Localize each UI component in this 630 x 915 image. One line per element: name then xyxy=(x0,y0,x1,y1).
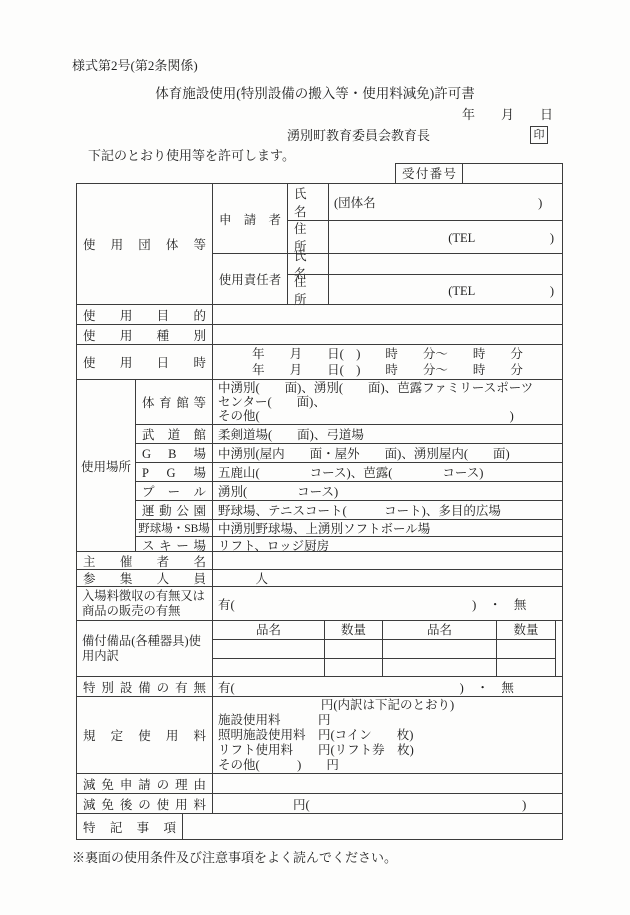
manager-addr-value: (TEL ) xyxy=(329,275,562,305)
equipment-empty-row xyxy=(213,658,555,676)
datetime-label-cell: 使用日時 xyxy=(77,345,213,379)
applicant-label-cell: 申請者 xyxy=(213,184,288,253)
attendees-value: 人 xyxy=(213,570,562,586)
datetime-row: 使用日時 年 月 日( ) 時 分～ 時 分 年 月 日( ) 時 分～ 時 分 xyxy=(77,344,562,379)
exemption-reason-row: 減免申請の理由 xyxy=(77,773,562,793)
fees-line3: リフト使用料 円(リフト券 枚) xyxy=(218,743,557,758)
fees-label-cell: 規定使用料 xyxy=(77,697,213,773)
ski-label-cell: スキー場 xyxy=(136,537,213,552)
gym-line1: 中湧別( 面)、湧別( 面)、芭露ファミリースポーツ xyxy=(218,381,557,395)
fees-line4: その他( ) 円 xyxy=(218,758,557,773)
equipment-empty-row xyxy=(213,640,555,658)
notes-label: 特記事項 xyxy=(77,818,182,836)
fees-line2: 照明施設使用料 円(コイン 枚) xyxy=(218,728,557,743)
document-title: 体育施設使用(特別設備の搬入等・使用料減免)許可書 xyxy=(0,82,630,102)
reception-number-label-cell: 受付番号 xyxy=(396,164,463,183)
ski-value: リフト、ロッジ厨房 xyxy=(213,537,562,552)
equipment-table: 品名 数量 品名 数量 xyxy=(213,621,556,677)
purpose-label-cell: 使用目的 xyxy=(77,305,213,324)
attendees-row: 参集人員 人 xyxy=(77,569,562,586)
notes-value xyxy=(183,814,562,839)
form-number: 様式第2号(第2条関係) xyxy=(72,57,198,74)
name-label: 氏 名 xyxy=(288,184,328,220)
gateball-value: 中湧別(屋内 面・屋外 面)、湧別屋内( 面) xyxy=(213,444,562,462)
notes-label-cell: 特記事項 xyxy=(77,814,183,839)
equipment-col3-header: 品名 xyxy=(383,621,497,640)
park-label: 運動公園 xyxy=(136,501,212,519)
places-section: 使用場所 体育館等 中湧別( 面)、湧別( 面)、芭露ファミリースポーツ センタ… xyxy=(77,379,562,551)
pool-label-cell: プール xyxy=(136,482,213,500)
datetime-line2: 年 月 日( ) 時 分～ 時 分 xyxy=(252,362,523,378)
equipment-col4-header: 数量 xyxy=(497,621,555,640)
gateball-label: G B 場 xyxy=(136,444,212,462)
equipment-col1-header: 品名 xyxy=(213,621,325,640)
admission-label-line2: 商品の販売の有無 xyxy=(82,604,207,619)
organizer-value xyxy=(213,552,562,569)
gym-line3: その他( ) xyxy=(218,409,557,423)
special-label-cell: 特別設備の有無 xyxy=(77,677,213,696)
permit-form-page: 様式第2号(第2条関係) 体育施設使用(特別設備の搬入等・使用料減免)許可書 年… xyxy=(0,0,630,915)
budokan-value: 柔剣道場( 面)、弓道場 xyxy=(213,425,562,443)
reception-number-box: 受付番号 xyxy=(395,163,563,184)
fees-total-line: 円(内訳は下記のとおり) xyxy=(218,698,557,713)
purpose-label: 使用目的 xyxy=(77,306,212,324)
admission-value: 有( ) ・ 無 xyxy=(213,587,562,620)
seal-stamp-box: 印 xyxy=(530,126,548,144)
permit-table: 使用団体等 申請者 氏 名 (団体名 ) xyxy=(76,183,563,840)
baseball-label: 野球場・SB場 xyxy=(136,520,212,536)
manager-addr-label-cell: 住 所 xyxy=(288,275,329,305)
exemption-value xyxy=(213,774,562,793)
parkgolf-label: P G 場 xyxy=(136,463,212,481)
user-group-label-cell: 使用団体等 xyxy=(77,184,213,304)
attendees-label-cell: 参集人員 xyxy=(77,570,213,586)
datetime-label: 使用日時 xyxy=(77,353,212,371)
admission-label-cell: 入場料徴収の有無又は 商品の販売の有無 xyxy=(77,587,213,620)
purpose-row: 使用目的 xyxy=(77,304,562,324)
purpose-value xyxy=(213,305,562,324)
baseball-label-cell: 野球場・SB場 xyxy=(136,520,213,536)
category-label-cell: 使用種別 xyxy=(77,325,213,344)
authority-name: 湧別町教育委員会教育長 xyxy=(287,127,430,144)
applicant-addr-value: (TEL ) xyxy=(329,221,562,253)
reception-number-value xyxy=(463,164,562,183)
gateball-label-cell: G B 場 xyxy=(136,444,213,462)
fees-label: 規定使用料 xyxy=(77,726,212,744)
equipment-label: 備付備品(各種器具)使用内訳 xyxy=(82,634,207,664)
manager-name-value xyxy=(329,254,562,274)
exempted-label: 減免後の使用料 xyxy=(77,795,212,813)
parkgolf-label-cell: P G 場 xyxy=(136,463,213,481)
places-label-cell: 使用場所 xyxy=(77,380,136,551)
date-line: 年 月 日 xyxy=(0,106,553,123)
fees-row: 規定使用料 円(内訳は下記のとおり) 施設使用料 円 照明施設使用料 円(コイン… xyxy=(77,696,562,773)
equipment-header-row: 品名 数量 品名 数量 xyxy=(213,621,555,640)
budokan-label: 武道館 xyxy=(136,425,212,443)
manager-label: 使用責任者 xyxy=(213,270,287,288)
category-value xyxy=(213,325,562,344)
organizer-label: 主催者名 xyxy=(77,552,212,570)
reception-number-label: 受付番号 xyxy=(396,166,462,182)
special-equipment-row: 特別設備の有無 有( ) ・ 無 xyxy=(77,676,562,696)
parkgolf-value: 五鹿山( コース)、芭露( コース) xyxy=(213,463,562,481)
admission-row: 入場料徴収の有無又は 商品の販売の有無 有( ) ・ 無 xyxy=(77,586,562,620)
pool-value: 湧別( コース) xyxy=(213,482,562,500)
exempted-fee-row: 減免後の使用料 円( ) xyxy=(77,793,562,813)
fees-line1: 施設使用料 円 xyxy=(218,713,557,728)
exemption-label-cell: 減免申請の理由 xyxy=(77,774,213,793)
datetime-line1: 年 月 日( ) 時 分～ 時 分 xyxy=(252,346,523,362)
gym-label: 体育館等 xyxy=(136,393,212,411)
notes-row: 特記事項 xyxy=(77,813,562,839)
manager-block: 使用責任者 氏 名 住 所 (TEL xyxy=(213,253,562,304)
park-value: 野球場、テニスコート( コート)、多目的広場 xyxy=(213,501,562,519)
applicant-block: 申請者 氏 名 (団体名 ) 住 所 xyxy=(213,184,562,253)
organizer-row: 主催者名 xyxy=(77,551,562,569)
organizer-label-cell: 主催者名 xyxy=(77,552,213,569)
exemption-label: 減免申請の理由 xyxy=(77,775,212,793)
category-row: 使用種別 xyxy=(77,324,562,344)
attendees-label: 参集人員 xyxy=(77,569,212,587)
user-group-label: 使用団体等 xyxy=(77,235,212,253)
admission-label-line1: 入場料徴収の有無又は xyxy=(82,589,207,604)
baseball-value: 中湧別野球場、上湧別ソフトボール場 xyxy=(213,520,562,536)
equipment-row: 備付備品(各種器具)使用内訳 品名 数量 品名 数量 xyxy=(77,620,562,676)
gym-label-cell: 体育館等 xyxy=(136,380,213,424)
special-label: 特別設備の有無 xyxy=(77,678,212,696)
pool-label: プール xyxy=(136,482,212,500)
manager-label-cell: 使用責任者 xyxy=(213,254,288,304)
gym-line2: センター( 面)、 xyxy=(218,395,557,409)
manager-name-label-cell: 氏 名 xyxy=(288,254,329,274)
addr-label: 住 所 xyxy=(288,272,328,308)
budokan-label-cell: 武道館 xyxy=(136,425,213,443)
applicant-label: 申請者 xyxy=(213,210,287,228)
user-group-section: 使用団体等 申請者 氏 名 (団体名 ) xyxy=(77,184,562,304)
applicant-name-value: (団体名 ) xyxy=(329,184,562,220)
special-value: 有( ) ・ 無 xyxy=(213,677,562,696)
equipment-label-cell: 備付備品(各種器具)使用内訳 xyxy=(77,621,213,676)
places-label: 使用場所 xyxy=(77,457,135,475)
equipment-col2-header: 数量 xyxy=(325,621,383,640)
category-label: 使用種別 xyxy=(77,326,212,344)
applicant-name-label-cell: 氏 名 xyxy=(288,184,329,220)
intro-sentence: 下記のとおり使用等を許可します。 xyxy=(88,147,295,164)
park-label-cell: 運動公園 xyxy=(136,501,213,519)
exempted-label-cell: 減免後の使用料 xyxy=(77,794,213,813)
exempted-value: 円( ) xyxy=(213,794,562,813)
reverse-side-note: ※裏面の使用条件及び注意事項をよく読んでください。 xyxy=(72,849,397,866)
